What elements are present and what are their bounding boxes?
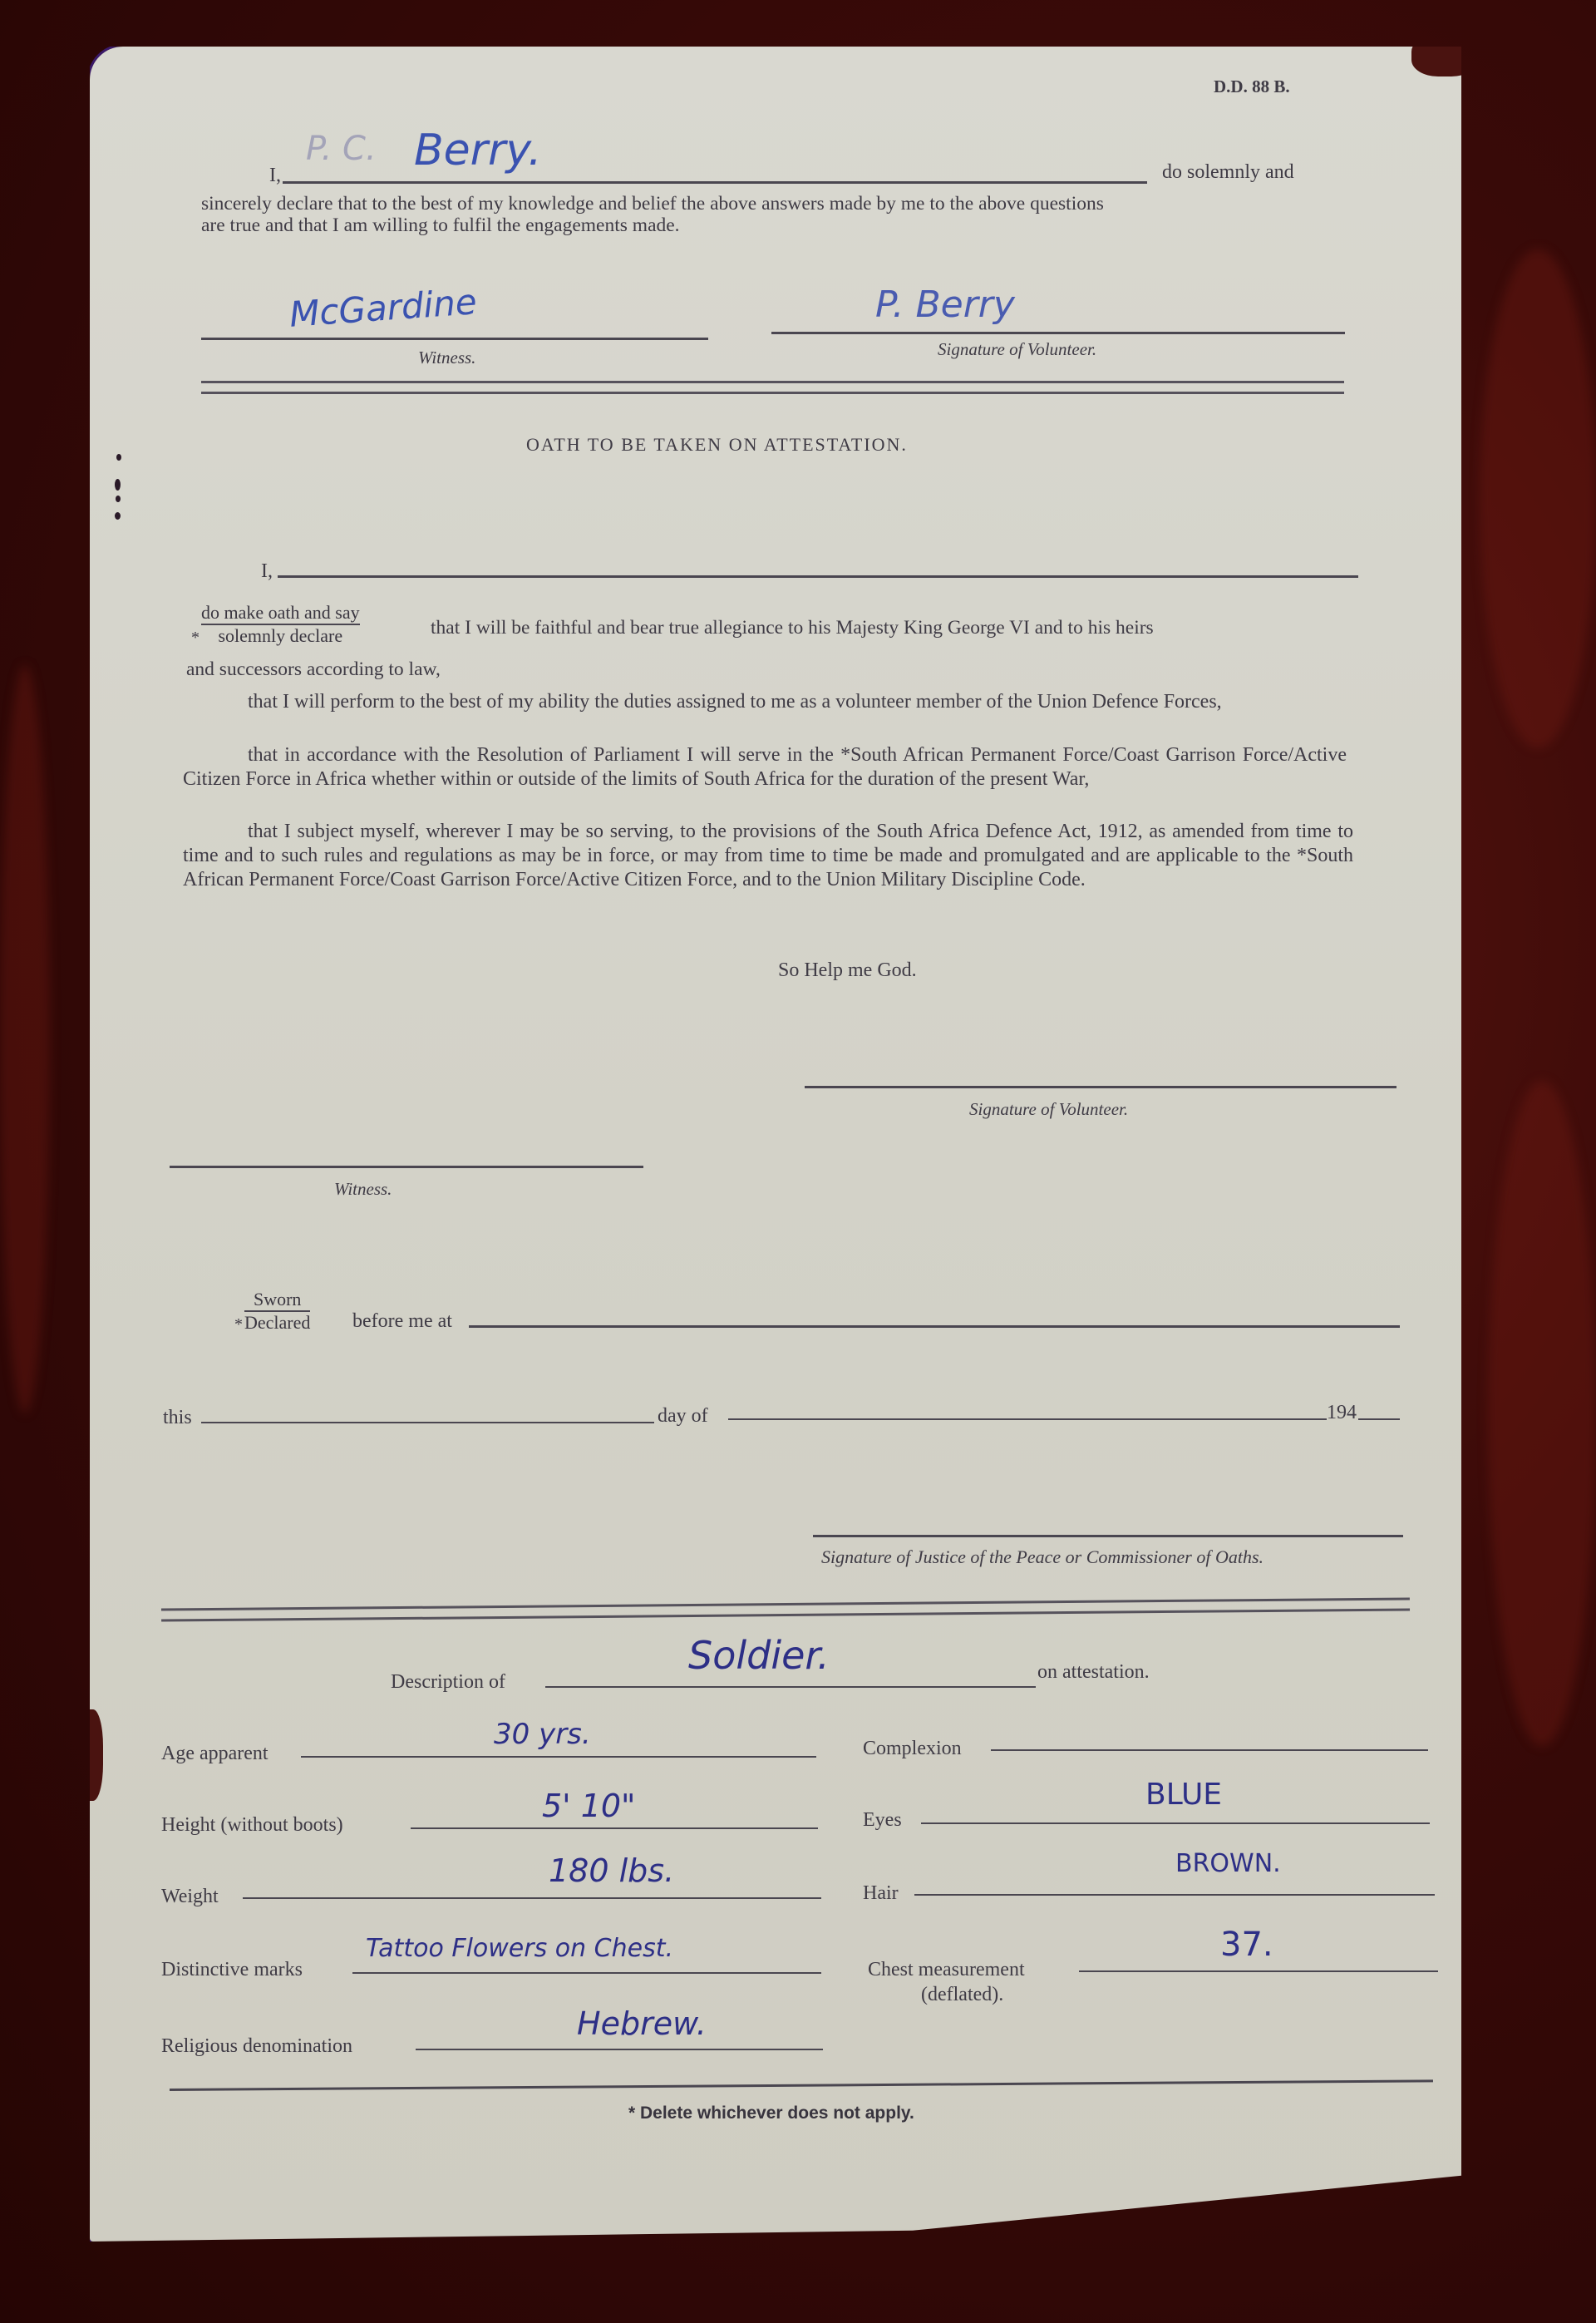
hair-label: Hair (863, 1882, 899, 1905)
eyes-line[interactable] (921, 1822, 1430, 1824)
religion-label: Religious denomination (161, 2035, 352, 2058)
punch-hole (115, 512, 121, 520)
declaration-witness-label: Witness. (418, 348, 475, 368)
sworn-day-of: day of (658, 1405, 708, 1428)
bottom-rule (170, 2079, 1433, 2091)
oath-volunteer-label: Signature of Volunteer. (969, 1099, 1128, 1120)
oath-prefix: I, (261, 560, 273, 583)
height-label: Height (without boots) (161, 1814, 343, 1837)
description-subject-line[interactable] (545, 1686, 1036, 1688)
declaration-name-faint: P. C. (306, 130, 377, 168)
religion-value: Hebrew. (577, 2005, 707, 2042)
sworn-year-line[interactable] (1358, 1418, 1400, 1420)
declaration-witness-signature: McGardine (288, 281, 479, 335)
sworn-day-line[interactable] (201, 1422, 654, 1423)
oath-title: OATH TO BE TAKEN ON ATTESTATION. (526, 434, 908, 456)
oath-witness-label: Witness. (334, 1179, 392, 1200)
age-label: Age apparent (161, 1743, 268, 1765)
oath-paragraph-subject: that I subject myself, wherever I may be… (183, 820, 1353, 892)
chest-label: Chest measurement (868, 1959, 1025, 1981)
height-line[interactable] (411, 1827, 818, 1829)
declaration-line2: sincerely declare that to the best of my… (201, 193, 1104, 215)
jp-signature-line[interactable] (813, 1535, 1403, 1537)
description-suffix: on attestation. (1037, 1661, 1150, 1684)
punch-hole (116, 454, 121, 461)
religion-line[interactable] (416, 2049, 823, 2050)
oath-witness-line[interactable] (170, 1166, 643, 1168)
oath-option-bottom[interactable]: solemnly declare (201, 625, 360, 645)
weight-line[interactable] (243, 1897, 821, 1899)
sworn-year-prefix: 194 (1327, 1402, 1357, 1424)
oath-paragraph-duties: that I will perform to the best of my ab… (183, 690, 1347, 714)
wood-grain (1488, 1081, 1596, 1746)
declaration-suffix: do solemnly and (1162, 161, 1294, 184)
eyes-value: BLUE (1145, 1778, 1222, 1812)
form-code: D.D. 88 B. (1214, 76, 1290, 97)
chest-sublabel: (deflated). (921, 1984, 1003, 2006)
age-line[interactable] (301, 1756, 816, 1758)
oath-option-top[interactable]: do make oath and say (201, 604, 360, 625)
oath-option-fraction: do make oath and say solemnly declare (201, 604, 360, 645)
chest-line[interactable] (1079, 1970, 1438, 1972)
torn-edge (78, 1709, 103, 1801)
footnote: * Delete whichever does not apply. (628, 2104, 914, 2123)
torn-corner (1411, 35, 1478, 76)
declaration-name-handwritten: Berry. (414, 126, 542, 175)
hair-line[interactable] (914, 1894, 1435, 1896)
oath-name-line[interactable] (278, 575, 1358, 578)
description-subject-handwritten: Soldier. (688, 1633, 830, 1678)
section-divider (201, 381, 1344, 394)
distinctive-marks-value: Tattoo Flowers on Chest. (366, 1934, 673, 1963)
punch-hole (116, 496, 121, 502)
height-value: 5' 10" (542, 1788, 636, 1824)
declaration-witness-line[interactable] (201, 338, 708, 340)
wood-grain (0, 665, 50, 1413)
sworn-option-bottom[interactable]: Declared (244, 1312, 310, 1332)
declaration-prefix: I, (269, 165, 281, 187)
oath-asterisk: * (191, 629, 199, 648)
sworn-month-line[interactable] (728, 1418, 1327, 1420)
complexion-line[interactable] (991, 1749, 1428, 1751)
oath-allegiance-cont: and successors according to law, (186, 658, 441, 681)
oath-volunteer-line[interactable] (805, 1086, 1396, 1088)
section-divider (161, 1597, 1410, 1621)
oath-paragraph-resolution: that in accordance with the Resolution o… (183, 743, 1347, 792)
description-prefix: Description of (391, 1671, 505, 1694)
declaration-name-line[interactable] (283, 181, 1147, 184)
distinctive-marks-line[interactable] (352, 1972, 821, 1974)
weight-value: 180 lbs. (549, 1852, 674, 1889)
age-value: 30 yrs. (494, 1718, 591, 1751)
declaration-volunteer-line[interactable] (771, 332, 1345, 334)
complexion-label: Complexion (863, 1738, 962, 1760)
weight-label: Weight (161, 1886, 219, 1908)
distinctive-marks-label: Distinctive marks (161, 1959, 303, 1981)
sworn-this: this (163, 1407, 192, 1429)
declaration-volunteer-label: Signature of Volunteer. (938, 339, 1096, 360)
sworn-option-fraction: Sworn Declared (244, 1290, 310, 1332)
oath-closing: So Help me God. (778, 959, 917, 982)
chest-value: 37. (1220, 1926, 1273, 1964)
jp-signature-label: Signature of Justice of the Peace or Com… (821, 1546, 1263, 1568)
hair-value: BROWN. (1175, 1849, 1281, 1878)
sworn-option-top[interactable]: Sworn (244, 1290, 310, 1312)
declaration-volunteer-signature: P. Berry (875, 284, 1015, 326)
eyes-label: Eyes (863, 1809, 902, 1832)
sworn-before-me-at: before me at (352, 1310, 452, 1333)
sworn-place-line[interactable] (469, 1325, 1400, 1328)
sworn-asterisk: * (234, 1315, 243, 1334)
oath-allegiance: that I will be faithful and bear true al… (431, 617, 1154, 639)
punch-hole (115, 479, 121, 491)
attestation-form-page: D.D. 88 B. I, P. C. Berry. do solemnly a… (90, 47, 1461, 2242)
declaration-line3: are true and that I am willing to fulfil… (201, 215, 680, 237)
wood-grain (1480, 249, 1596, 748)
